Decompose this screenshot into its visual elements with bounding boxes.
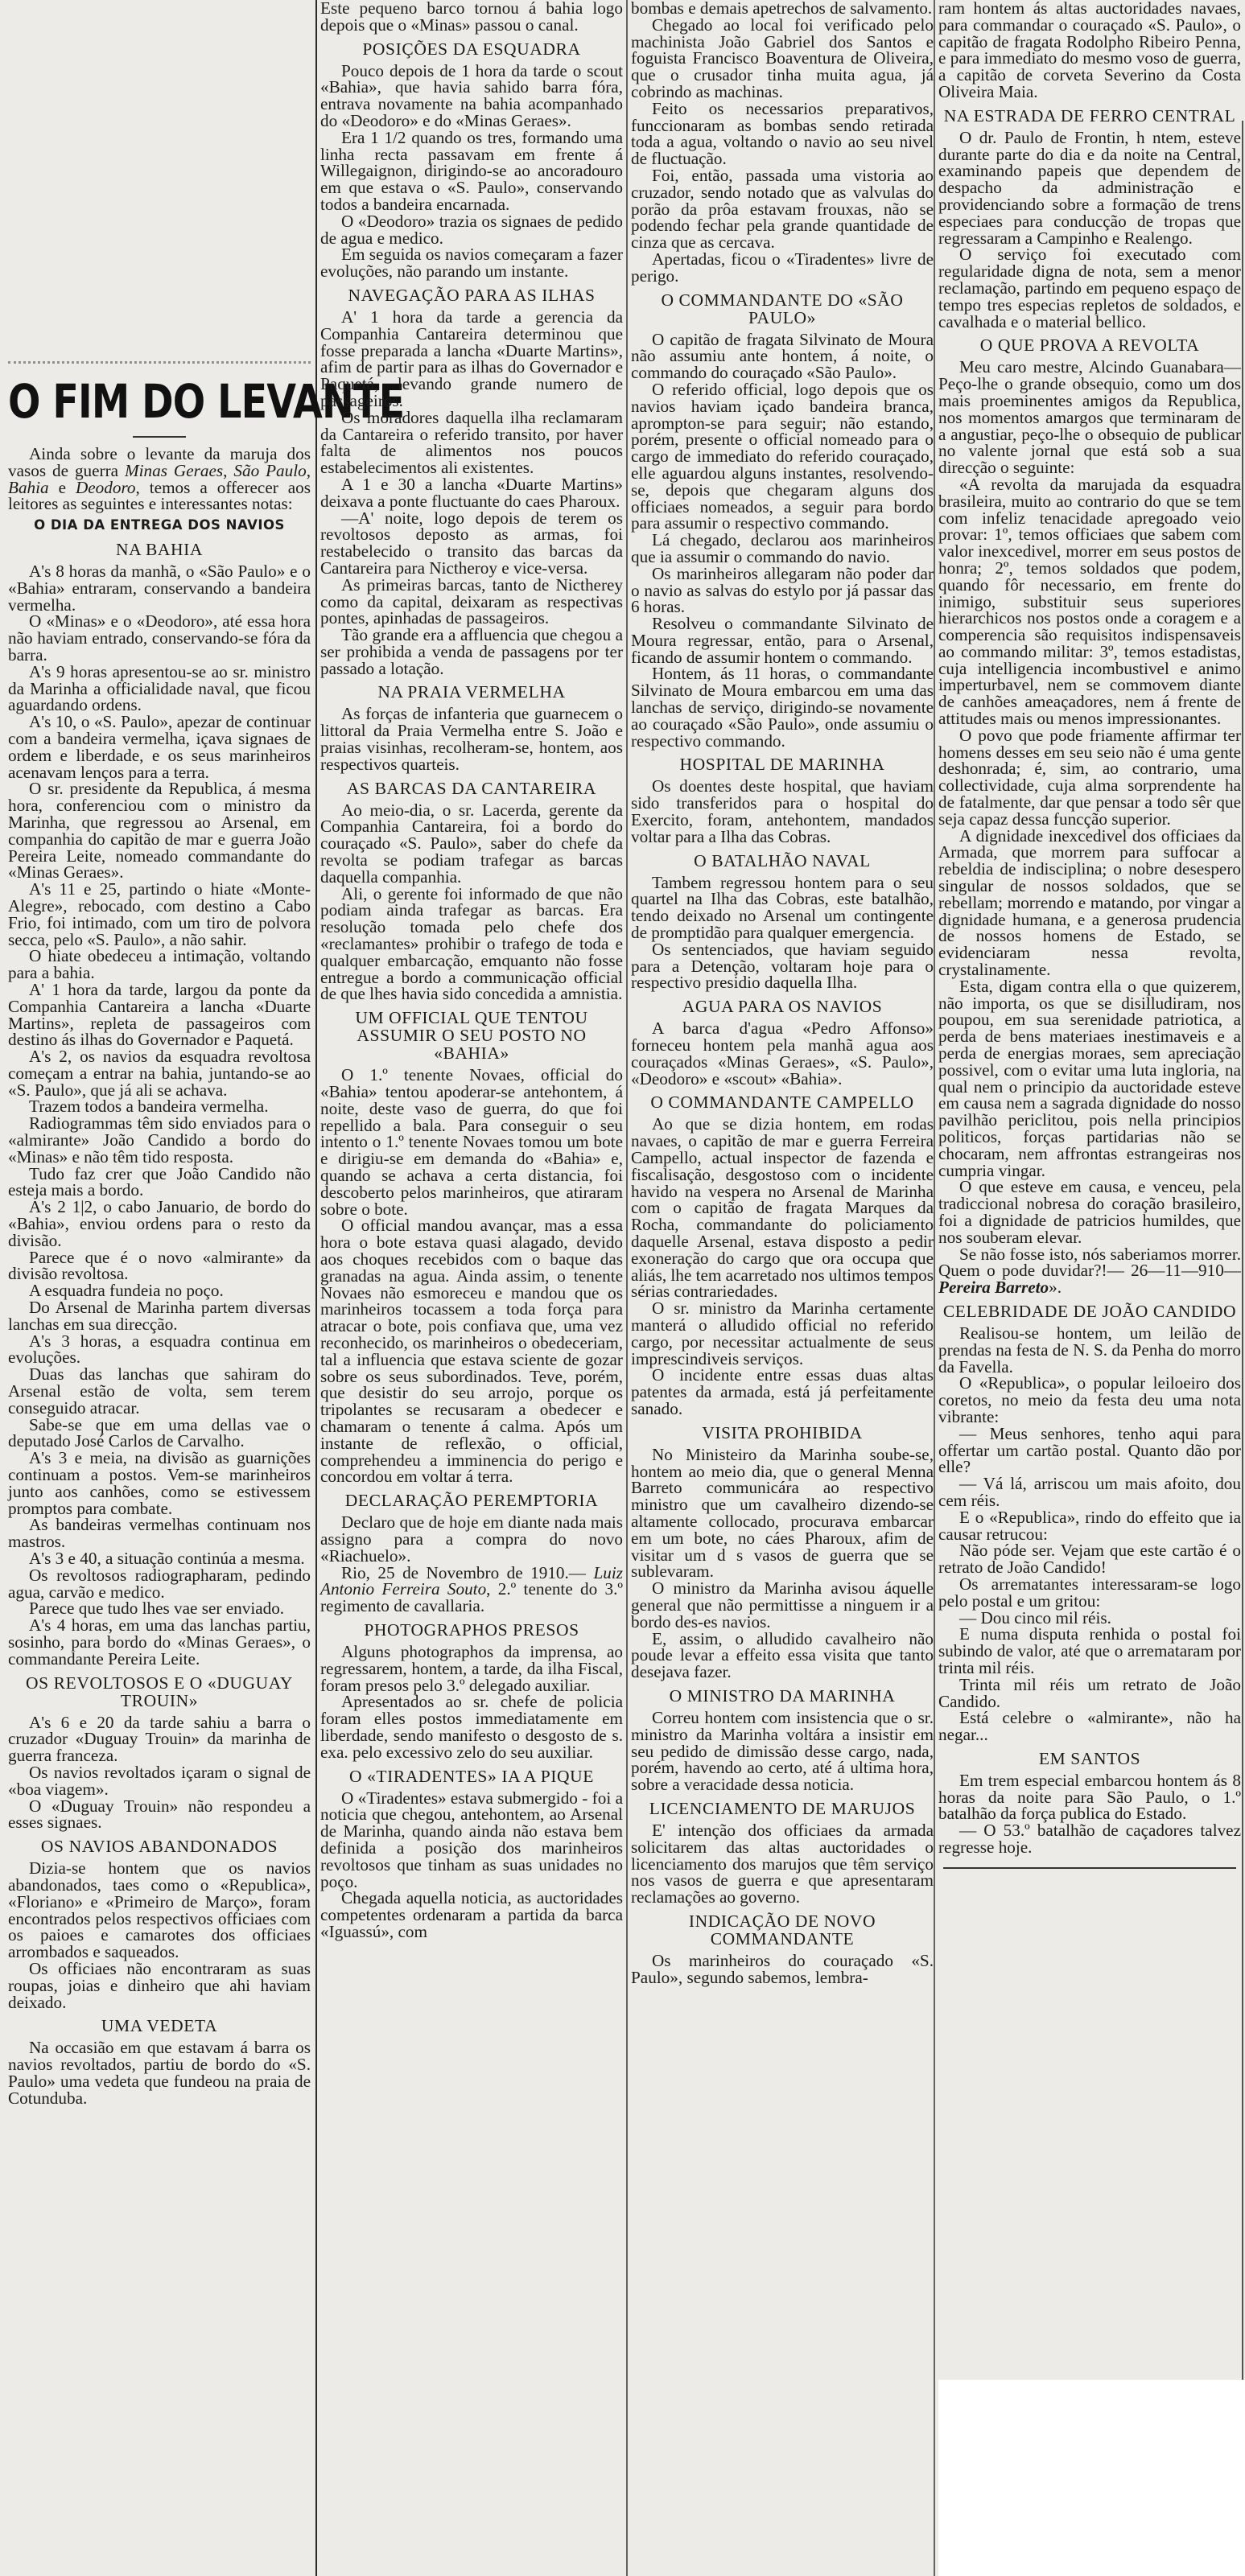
paragraph: Chegada aquella noticia, as auctoridades… — [320, 1890, 623, 1940]
section-heading: POSIÇÕES DA ESQUADRA — [320, 40, 623, 58]
paragraph: Os marinheiros allegaram não poder dar o… — [631, 566, 934, 615]
section-heading: O BATALHÃO NAVAL — [631, 852, 934, 870]
paragraph: Tão grande era a affluencia que chegou a… — [320, 627, 623, 677]
paragraph: Dizia-se hontem que os navios abandonado… — [8, 1860, 311, 1961]
paragraph: Era 1 1/2 quando os tres, formando uma l… — [320, 130, 623, 213]
paragraph: Em seguida os navios começaram a fazer e… — [320, 246, 623, 280]
paragraph: Resolveu o commandante Silvinato de Mour… — [631, 615, 934, 665]
paragraph: Realisou-se hontem, um leilão de prendas… — [938, 1325, 1241, 1375]
column-2-sections: Este pequeno barco tornou á bahia logo d… — [320, 0, 623, 1940]
paragraph: O «Tiradentes» estava submergido - foi a… — [320, 1790, 623, 1891]
paragraph: As bandeiras vermelhas continuam nos mas… — [8, 1516, 311, 1550]
paragraph: Hontem, ás 11 horas, o commandante Silvi… — [631, 665, 934, 749]
section-heading: NA PRAIA VERMELHA — [320, 683, 623, 701]
newspaper-page: O FIM DO LEVANTE Ainda sobre o levante d… — [0, 0, 1245, 2576]
paragraph: Parece que tudo lhes vae ser enviado. — [8, 1600, 311, 1617]
paragraph: E' intenção dos officiaes da armada soli… — [631, 1822, 934, 1906]
paragraph: A's 2 1|2, o cabo Januario, de bordo do … — [8, 1199, 311, 1249]
paragraph: O hiate obedeceu a intimação, voltando p… — [8, 948, 311, 981]
section-heading: UM OFFICIAL QUE TENTOU ASSUMIR O SEU POS… — [320, 1009, 623, 1062]
paragraph: A's 3 e 40, a situação continúa a mesma. — [8, 1550, 311, 1567]
section-heading: LICENCIAMENTO DE MARUJOS — [631, 1800, 934, 1817]
paragraph: Declaro que de hoje em diante nada mais … — [320, 1514, 623, 1564]
paragraph: E o «Republica», rindo do effeito que ia… — [938, 1509, 1241, 1543]
section-heading: EM SANTOS — [938, 1750, 1241, 1767]
section-subhead: O DIA DA ENTREGA DOS NAVIOS — [8, 517, 311, 534]
paragraph: —A' noite, logo depois de terem os revol… — [320, 510, 623, 577]
paragraph: As primeiras barcas, tanto de Nictherey … — [320, 577, 623, 627]
paragraph: Ao meio-dia, o sr. Lacerda, gerente da C… — [320, 802, 623, 886]
paragraph: Este pequeno barco tornou á bahia logo d… — [320, 0, 623, 34]
paragraph: O «Minas» e o «Deodoro», até essa hora n… — [8, 613, 311, 663]
paragraph: Tambem regressou hontem para o seu quart… — [631, 874, 934, 941]
article-intro: Ainda sobre o levante da maruja dos vaso… — [8, 446, 311, 512]
paragraph: Não póde ser. Vejam que este cartão é o … — [938, 1542, 1241, 1576]
paragraph: A esquadra fundeia no poço. — [8, 1282, 311, 1299]
paragraph: E, assim, o alludido cavalheiro não poud… — [631, 1631, 934, 1681]
paragraph: O «Republica», o popular leiloeiro dos c… — [938, 1375, 1241, 1425]
paragraph: A's 3 e meia, na divisão as guarnições c… — [8, 1450, 311, 1516]
column-2: Este pequeno barco tornou á bahia logo d… — [320, 0, 623, 1940]
paragraph: Está celebre o «almirante», não ha negar… — [938, 1710, 1241, 1743]
paragraph: O que esteve em causa, e venceu, pela tr… — [938, 1179, 1241, 1245]
paragraph: — Vá lá, arriscou um mais afoito, dou ce… — [938, 1475, 1241, 1509]
section-heading: O MINISTRO DA MARINHA — [631, 1687, 934, 1705]
paragraph: Tudo faz crer que João Candido não estej… — [8, 1166, 311, 1200]
paragraph: Meu caro mestre, Alcindo Guanabara—Peço-… — [938, 359, 1241, 476]
paragraph: «A revolta da marujada da esquadra brasi… — [938, 476, 1241, 727]
paragraph: A dignidade inexcedivel dos officiaes da… — [938, 828, 1241, 978]
paragraph: Os arrematantes interessaram-se logo pel… — [938, 1576, 1241, 1610]
section-heading: DECLARAÇÃO PEREMPTORIA — [320, 1492, 623, 1509]
paragraph: A's 6 e 20 da tarde sahiu a barra o cruz… — [8, 1714, 311, 1764]
column-4: ram hontem ás altas auctoridades navaes,… — [938, 0, 1241, 1869]
paragraph: Do Arsenal de Marinha partem diversas la… — [8, 1299, 311, 1333]
paragraph: Trinta mil réis um retrato de João Candi… — [938, 1677, 1241, 1710]
paragraph: O povo que pode friamente affirmar ter h… — [938, 727, 1241, 828]
paragraph: A's 2, os navios da esquadra revoltosa c… — [8, 1048, 311, 1098]
paragraph: As forças de infanteria que guarnecem o … — [320, 706, 623, 772]
paragraph: O official mandou avançar, mas a essa ho… — [320, 1217, 623, 1485]
paragraph: ram hontem ás altas auctoridades navaes,… — [938, 0, 1241, 101]
paragraph: A's 10, o «S. Paulo», apezar de continua… — [8, 714, 311, 780]
paragraph: Em trem especial embarcou hontem ás 8 ho… — [938, 1772, 1241, 1822]
paragraph: O referido official, logo depois que os … — [631, 381, 934, 532]
paragraph: Foi, então, passada uma vistoria ao cruz… — [631, 167, 934, 251]
section-heading: AGUA PARA OS NAVIOS — [631, 998, 934, 1015]
section-heading: O QUE PROVA A REVOLTA — [938, 336, 1241, 354]
section-heading: NAVEGAÇÃO PARA AS ILHAS — [320, 286, 623, 304]
column-rule — [1242, 121, 1243, 2380]
paragraph: A's 3 horas, a esquadra continua em evol… — [8, 1333, 311, 1367]
paragraph: A's 11 e 25, partindo o hiate «Monte-Ale… — [8, 881, 311, 948]
column-rule — [934, 0, 935, 2576]
paragraph: Pouco depois de 1 hora da tarde o scout … — [320, 63, 623, 130]
paragraph: Duas das lanchas que sahiram do Arsenal … — [8, 1366, 311, 1416]
paragraph: — Dou cinco mil réis. — [938, 1610, 1241, 1627]
paragraph: O sr. presidente da Republica, á mesma h… — [8, 780, 311, 881]
paragraph: Chegado ao local foi verificado pelo mac… — [631, 17, 934, 101]
section-heading: AS BARCAS DA CANTAREIRA — [320, 780, 623, 797]
article-title: O FIM DO LEVANTE — [8, 377, 256, 426]
section-heading: HOSPITAL DE MARINHA — [631, 755, 934, 773]
column-3: bombas e demais apetrechos de salvamento… — [631, 0, 934, 1985]
blank-margin — [938, 2380, 1245, 2576]
paragraph: O incidente entre essas duas altas paten… — [631, 1367, 934, 1417]
paragraph: Os moradores daquella ilha reclamaram da… — [320, 409, 623, 476]
paragraph: Alguns photographos da imprensa, ao regr… — [320, 1644, 623, 1693]
title-divider — [133, 436, 186, 438]
paragraph: A's 9 horas apresentou-se ao sr. ministr… — [8, 664, 311, 714]
paragraph: O ministro da Marinha avisou áquelle gen… — [631, 1580, 934, 1630]
column-1-sections: O DIA DA ENTREGA DOS NAVIOSNA BAHIAA's 8… — [8, 517, 311, 2106]
article-end-rule — [943, 1867, 1236, 1869]
column-3-sections: bombas e demais apetrechos de salvamento… — [631, 0, 934, 1985]
paragraph: Os sentenciados, que haviam seguido para… — [631, 941, 934, 991]
paragraph: O «Deodoro» trazia os signaes de pedido … — [320, 213, 623, 247]
paragraph: Se não fosse isto, nós saberiamos morrer… — [938, 1246, 1241, 1296]
column-1: O FIM DO LEVANTE Ainda sobre o levante d… — [8, 0, 311, 2107]
paragraph: Apresentados ao sr. chefe de policia for… — [320, 1693, 623, 1760]
section-heading: CELEBRIDADE DE JOÃO CANDIDO — [938, 1302, 1241, 1320]
paragraph: Lá chegado, declarou aos marinheiros que… — [631, 532, 934, 566]
section-heading: O «TIRADENTES» IA A PIQUE — [320, 1767, 623, 1785]
paragraph: Parece que é o novo «almirante» da divis… — [8, 1249, 311, 1283]
section-heading: O COMMANDANTE CAMPELLO — [631, 1093, 934, 1111]
paragraph: Rio, 25 de Novembro de 1910.— Luiz Anton… — [320, 1565, 623, 1615]
section-heading: OS NAVIOS ABANDONADOS — [8, 1837, 311, 1855]
paragraph: O serviço foi executado com regularidade… — [938, 246, 1241, 330]
paragraph: Sabe-se que em uma dellas vae o deputado… — [8, 1417, 311, 1451]
paragraph: No Ministeiro da Marinha soube-se, honte… — [631, 1446, 934, 1580]
paragraph: E numa disputa renhida o postal foi subi… — [938, 1626, 1241, 1676]
paragraph: O «Duguay Trouin» não respondeu a esses … — [8, 1798, 311, 1832]
paragraph: Correu hontem com insistencia que o sr. … — [631, 1710, 934, 1793]
previous-article-remnant — [8, 0, 311, 364]
paragraph: bombas e demais apetrechos de salvamento… — [631, 0, 934, 17]
paragraph: O dr. Paulo de Frontin, h ntem, esteve d… — [938, 130, 1241, 247]
paragraph: A' 1 hora da tarde a gerencia da Companh… — [320, 309, 623, 409]
section-heading: NA ESTRADA DE FERRO CENTRAL — [938, 107, 1241, 125]
paragraph: A's 4 horas, em uma das lanchas partiu, … — [8, 1617, 311, 1667]
paragraph: A barca d'agua «Pedro Affonso» forneceu … — [631, 1020, 934, 1087]
section-heading: UMA VEDETA — [8, 2017, 311, 2035]
paragraph: Os doentes deste hospital, que haviam si… — [631, 778, 934, 845]
paragraph: O 1.º tenente Novaes, official do «Bahia… — [320, 1067, 623, 1217]
paragraph: Os officiaes não encontraram as suas rou… — [8, 1961, 311, 2010]
paragraph: Radiogrammas têm sido enviados para o «a… — [8, 1115, 311, 1165]
paragraph: A 1 e 30 a lancha «Duarte Martins» deixa… — [320, 476, 623, 510]
column-4-sections: ram hontem ás altas auctoridades navaes,… — [938, 0, 1241, 1856]
paragraph: Trazem todos a bandeira vermelha. — [8, 1098, 311, 1115]
paragraph: Os navios revoltados içaram o signal de … — [8, 1764, 311, 1798]
paragraph: Os marinheiros do couraçado «S. Paulo», … — [631, 1953, 934, 1986]
section-heading: PHOTOGRAPHOS PRESOS — [320, 1621, 623, 1639]
paragraph: — O 53.º batalhão de caçadores talvez re… — [938, 1822, 1241, 1856]
section-heading: VISITA PROHIBIDA — [631, 1424, 934, 1442]
paragraph: Ali, o gerente foi informado de que não … — [320, 886, 623, 1003]
paragraph: Apertadas, ficou o «Tiradentes» livre de… — [631, 251, 934, 285]
paragraph: A' 1 hora da tarde, largou da ponte da C… — [8, 981, 311, 1048]
paragraph: A's 8 horas da manhã, o «São Paulo» e o … — [8, 563, 311, 613]
section-heading: O COMMANDANTE DO «SÃO PAULO» — [631, 291, 934, 327]
paragraph: Esta, digam contra ella o que quizerem, … — [938, 978, 1241, 1179]
section-heading: OS REVOLTOSOS E O «DUGUAY TROUIN» — [8, 1674, 311, 1710]
column-rule — [626, 0, 628, 2576]
paragraph: Os revoltosos radiographaram, pedindo ag… — [8, 1567, 311, 1601]
paragraph: Na occasião em que estavam á barra os na… — [8, 2039, 311, 2106]
paragraph: O sr. ministro da Marinha certamente man… — [631, 1300, 934, 1367]
section-heading: INDICAÇÃO DE NOVO COMMANDANTE — [631, 1912, 934, 1948]
paragraph: — Meus senhores, tenho aqui para offerta… — [938, 1426, 1241, 1475]
paragraph: Feito os necessarios preparativos, funcc… — [631, 101, 934, 167]
section-heading: NA BAHIA — [8, 541, 311, 558]
paragraph: Ao que se dizia hontem, em rodas navaes,… — [631, 1116, 934, 1300]
paragraph: O capitão de fragata Silvinato de Moura … — [631, 331, 934, 381]
